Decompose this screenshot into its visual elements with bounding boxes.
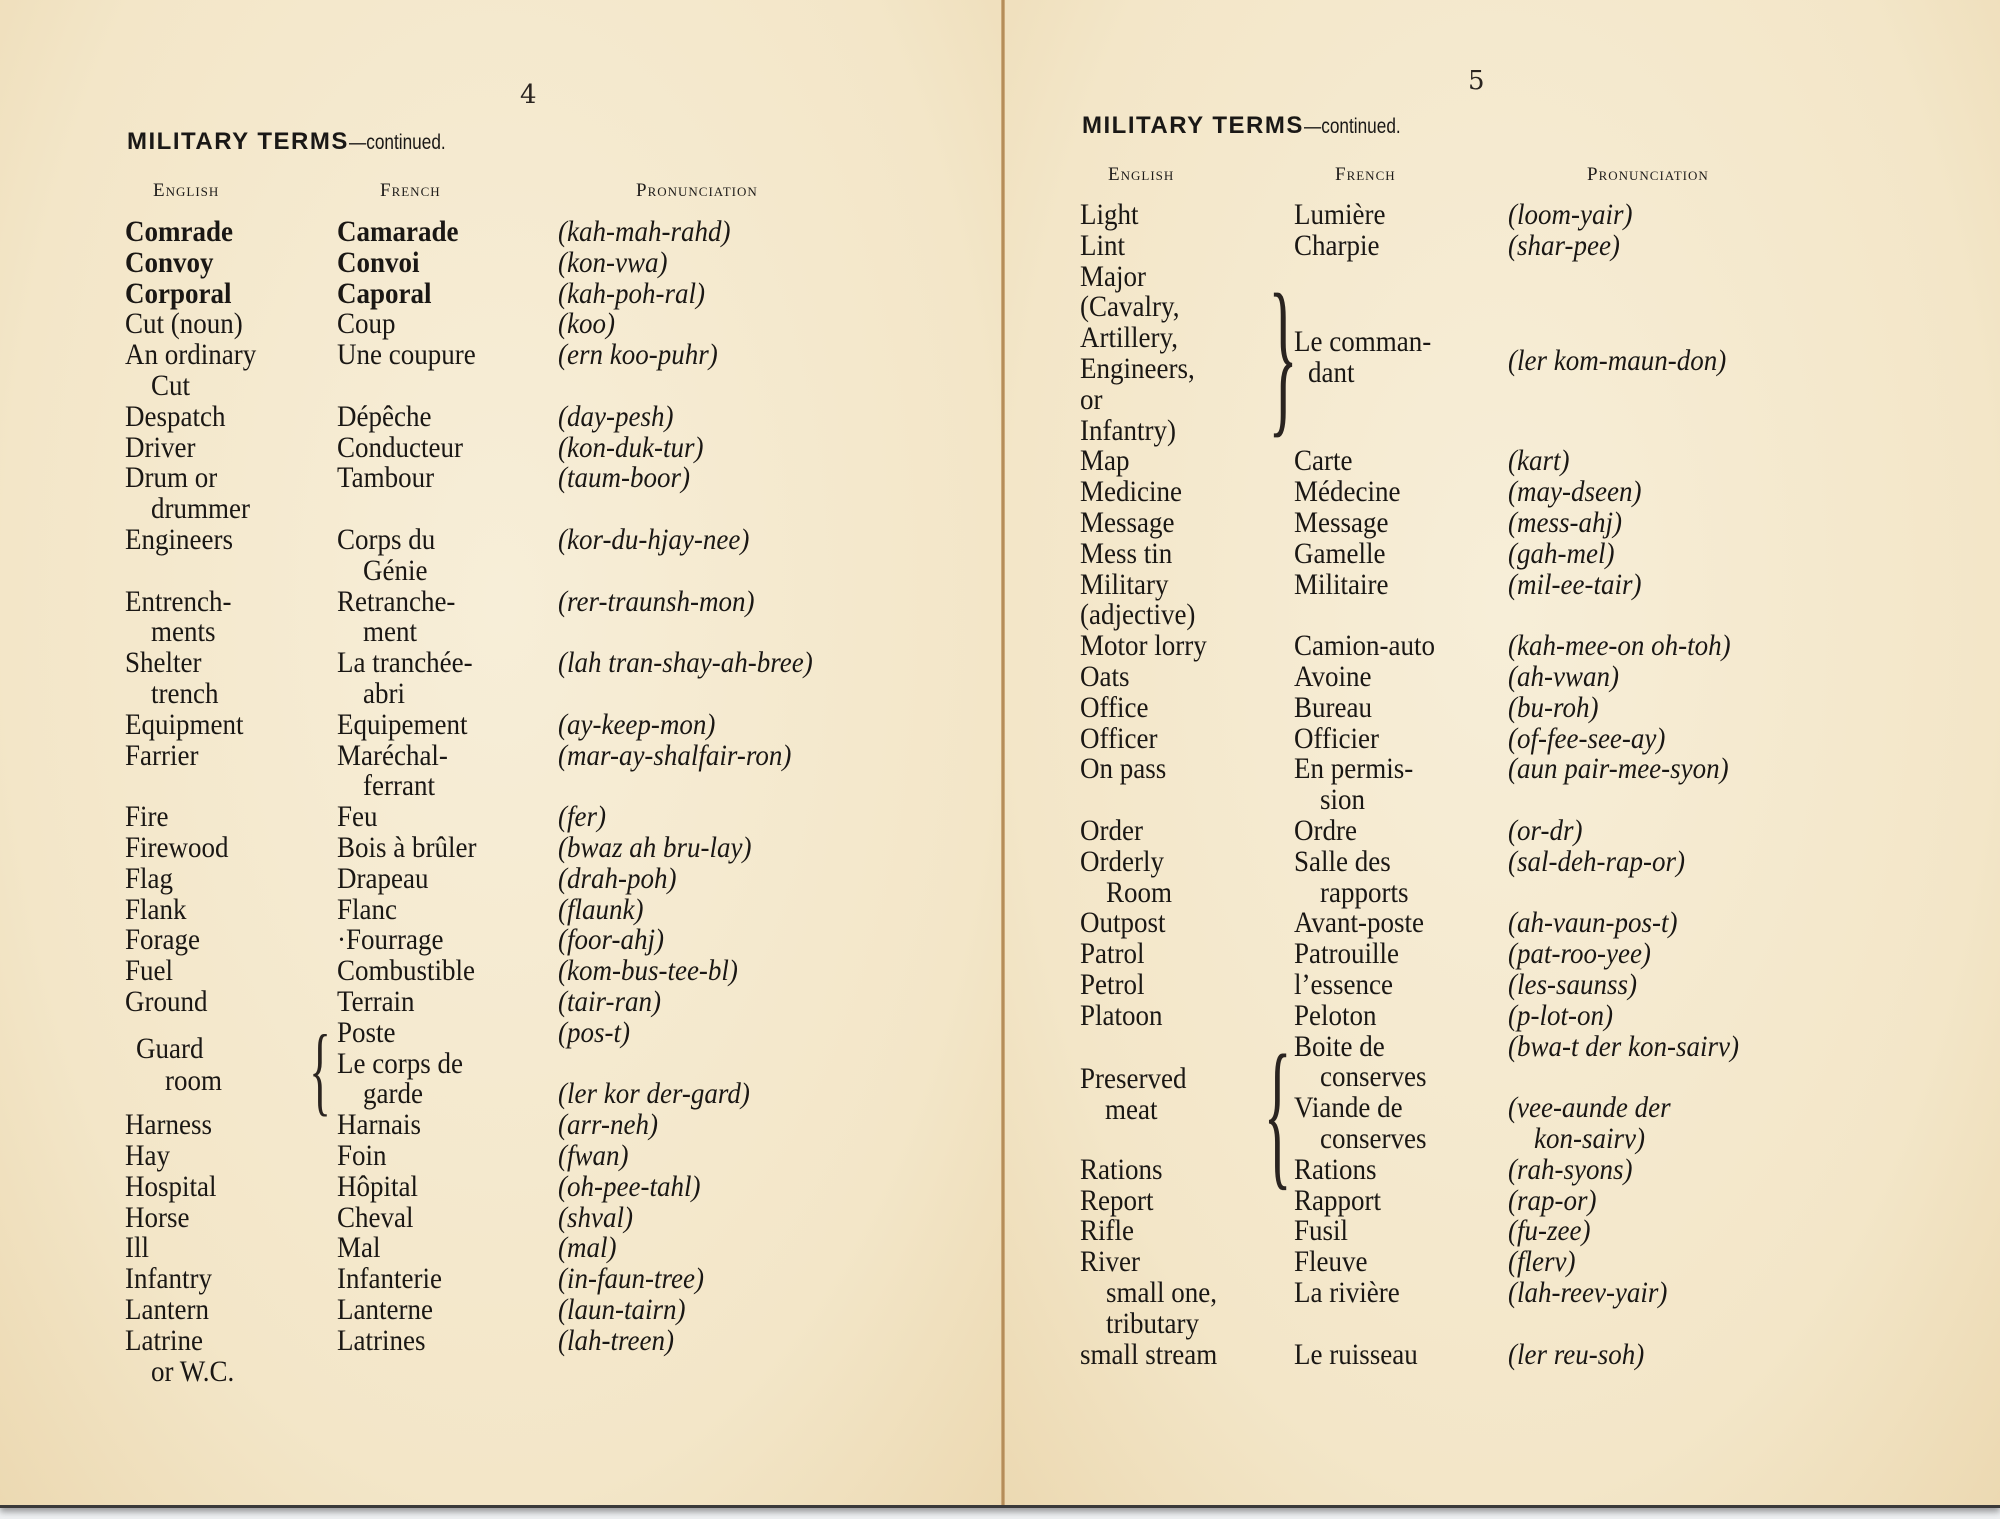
french-term: Dépêche bbox=[337, 402, 431, 432]
french-term: Gamelle bbox=[1294, 539, 1385, 569]
french-term: Camarade bbox=[337, 217, 458, 247]
french-term: Latrines bbox=[337, 1326, 425, 1356]
pronunciation: (rap-or) bbox=[1508, 1186, 1596, 1216]
english-term: Latrine bbox=[125, 1326, 203, 1356]
pronunciation: (may-dseen) bbox=[1508, 477, 1641, 507]
section-title: MILITARY TERMS—continued. bbox=[1082, 112, 1422, 140]
english-term: Hay bbox=[125, 1141, 170, 1171]
english-term: small one, bbox=[1106, 1278, 1217, 1308]
pronunciation: (bwaz ah bru-lay) bbox=[558, 833, 751, 863]
open-book: 4 MILITARY TERMS—continued. English Fren… bbox=[0, 0, 2000, 1508]
english-term: Hospital bbox=[125, 1172, 217, 1202]
pronunciation: (les-saunss) bbox=[1508, 970, 1637, 1000]
french-term: La rivière bbox=[1294, 1278, 1400, 1308]
english-term: small stream bbox=[1080, 1340, 1217, 1370]
english-term: Orderly bbox=[1080, 847, 1164, 877]
french-term: Salle des bbox=[1294, 847, 1391, 877]
pronunciation: (pos-t) bbox=[558, 1018, 630, 1048]
french-term: Le ruisseau bbox=[1294, 1340, 1418, 1370]
french-term: Corps du bbox=[337, 525, 435, 555]
english-term: Mess tin bbox=[1080, 539, 1172, 569]
french-term: Convoi bbox=[337, 248, 420, 278]
french-term: La tranchée- bbox=[337, 648, 473, 678]
english-term: Medicine bbox=[1080, 477, 1182, 507]
column-header-french: French bbox=[1335, 164, 1396, 186]
french-term: Peloton bbox=[1294, 1001, 1377, 1031]
section-title-main: MILITARY TERMS bbox=[127, 128, 349, 155]
pronunciation: (ern koo-puhr) bbox=[558, 340, 718, 370]
english-term: or bbox=[1080, 385, 1103, 415]
pronunciation: (in-faun-tree) bbox=[558, 1264, 704, 1294]
french-term: ferrant bbox=[363, 771, 435, 801]
english-term: Flag bbox=[125, 864, 173, 894]
pronunciation: (ah-vwan) bbox=[1508, 662, 1619, 692]
french-term: Le comman- bbox=[1294, 327, 1431, 357]
pronunciation: (kah-mah-rahd) bbox=[558, 217, 730, 247]
english-term: Engineers, bbox=[1080, 354, 1195, 384]
section-title-suffix: —continued. bbox=[1304, 115, 1401, 139]
pronunciation: (mil-ee-tair) bbox=[1508, 570, 1641, 600]
pronunciation: (rah-syons) bbox=[1508, 1155, 1632, 1185]
french-term: Officier bbox=[1294, 724, 1379, 754]
pronunciation: (ler reu-soh) bbox=[1508, 1340, 1644, 1370]
pronunciation: (day-pesh) bbox=[558, 402, 673, 432]
english-term: Infantry bbox=[125, 1264, 212, 1294]
french-term: Caporal bbox=[337, 279, 432, 309]
french-term: Bois à brûler bbox=[337, 833, 476, 863]
english-term: Outpost bbox=[1080, 908, 1166, 938]
pronunciation: (tair-ran) bbox=[558, 987, 661, 1017]
french-term: ·Fourrage bbox=[337, 925, 443, 955]
english-term: tributary bbox=[1106, 1309, 1199, 1339]
french-term: abri bbox=[363, 679, 405, 709]
french-term: Rations bbox=[1294, 1155, 1377, 1185]
english-term: On pass bbox=[1080, 754, 1166, 784]
english-term: Room bbox=[1106, 878, 1172, 908]
pronunciation: (flerv) bbox=[1508, 1247, 1575, 1277]
column-header-french: French bbox=[380, 180, 441, 202]
pronunciation: (shval) bbox=[558, 1203, 633, 1233]
french-term: Flanc bbox=[337, 895, 397, 925]
french-term: l’essence bbox=[1294, 970, 1393, 1000]
section-title: MILITARY TERMS—continued. bbox=[127, 128, 467, 156]
english-term: Ill bbox=[125, 1233, 149, 1263]
english-term: Cut bbox=[151, 371, 190, 401]
pronunciation: (ler kom-maun-don) bbox=[1508, 346, 1726, 376]
french-term: garde bbox=[363, 1079, 423, 1109]
french-term: Bureau bbox=[1294, 693, 1372, 723]
english-term: or W.C. bbox=[151, 1357, 234, 1387]
english-term: Rations bbox=[1080, 1155, 1163, 1185]
pronunciation: (foor-ahj) bbox=[558, 925, 664, 955]
english-term: Drum or bbox=[125, 463, 217, 493]
pronunciation: (rer-traunsh-mon) bbox=[558, 587, 754, 617]
english-term: Major bbox=[1080, 262, 1146, 292]
pronunciation: (fu-zee) bbox=[1508, 1216, 1590, 1246]
english-term: (adjective) bbox=[1080, 600, 1195, 630]
french-term: Message bbox=[1294, 508, 1388, 538]
english-term: Patrol bbox=[1080, 939, 1145, 969]
pronunciation: (lah-reev-yair) bbox=[1508, 1278, 1667, 1308]
english-term: Flank bbox=[125, 895, 187, 925]
french-term: Tambour bbox=[337, 463, 434, 493]
french-term: Infanterie bbox=[337, 1264, 442, 1294]
french-term: Feu bbox=[337, 802, 378, 832]
english-term: room bbox=[165, 1066, 222, 1096]
pronunciation: (mal) bbox=[558, 1233, 616, 1263]
english-term: Harness bbox=[125, 1110, 212, 1140]
french-term: Avant-poste bbox=[1294, 908, 1424, 938]
english-term: (Cavalry, bbox=[1080, 292, 1179, 322]
french-term: Fleuve bbox=[1294, 1247, 1367, 1277]
column-header-pronunciation: Pronunciation bbox=[1587, 164, 1709, 186]
english-term: Officer bbox=[1080, 724, 1157, 754]
english-term: Fire bbox=[125, 802, 168, 832]
french-term: Mal bbox=[337, 1233, 380, 1263]
page-number: 4 bbox=[520, 80, 537, 110]
french-term: Retranche- bbox=[337, 587, 455, 617]
english-term: Forage bbox=[125, 925, 200, 955]
english-term: Guard bbox=[136, 1034, 203, 1064]
french-term: Hôpital bbox=[337, 1172, 418, 1202]
french-term: Combustible bbox=[337, 956, 475, 986]
french-term: Fusil bbox=[1294, 1216, 1348, 1246]
pronunciation: (bu-roh) bbox=[1508, 693, 1598, 723]
english-term: Shelter bbox=[125, 648, 201, 678]
french-term: Drapeau bbox=[337, 864, 428, 894]
pronunciation: (lah-treen) bbox=[558, 1326, 674, 1356]
english-term: Light bbox=[1080, 200, 1139, 230]
french-term: Lanterne bbox=[337, 1295, 433, 1325]
french-term: Charpie bbox=[1294, 231, 1379, 261]
english-term: Report bbox=[1080, 1186, 1153, 1216]
english-term: River bbox=[1080, 1247, 1140, 1277]
english-term: ments bbox=[151, 617, 216, 647]
french-term: Militaire bbox=[1294, 570, 1388, 600]
english-term: Corporal bbox=[125, 279, 231, 309]
french-term: Viande de bbox=[1294, 1093, 1403, 1123]
pronunciation: (shar-pee) bbox=[1508, 231, 1620, 261]
english-term: Comrade bbox=[125, 217, 233, 247]
page-number: 5 bbox=[1468, 66, 1485, 96]
french-term: Médecine bbox=[1294, 477, 1400, 507]
pronunciation: kon-sairv) bbox=[1534, 1124, 1645, 1154]
pronunciation: (mar-ay-shalfair-ron) bbox=[558, 741, 791, 771]
english-term: trench bbox=[151, 679, 218, 709]
english-term: Farrier bbox=[125, 741, 198, 771]
pronunciation: (of-fee-see-ay) bbox=[1508, 724, 1665, 754]
english-term: Preserved bbox=[1080, 1064, 1186, 1094]
pronunciation: (kom-bus-tee-bl) bbox=[558, 956, 738, 986]
english-term: Message bbox=[1080, 508, 1174, 538]
english-term: Convoy bbox=[125, 248, 214, 278]
french-term: Génie bbox=[363, 556, 427, 586]
column-header-pronunciation: Pronunciation bbox=[636, 180, 758, 202]
pronunciation: (fer) bbox=[558, 802, 606, 832]
english-term: Entrench- bbox=[125, 587, 231, 617]
pronunciation: (drah-poh) bbox=[558, 864, 676, 894]
french-term: Terrain bbox=[337, 987, 415, 1017]
pronunciation: (ah-vaun-pos-t) bbox=[1508, 908, 1677, 938]
english-term: Lint bbox=[1080, 231, 1125, 261]
pronunciation: (kon-duk-tur) bbox=[558, 433, 703, 463]
pronunciation: (taum-boor) bbox=[558, 463, 690, 493]
french-term: Lumière bbox=[1294, 200, 1385, 230]
pronunciation: (or-dr) bbox=[1508, 816, 1582, 846]
english-term: Lantern bbox=[125, 1295, 209, 1325]
pronunciation: (ler kor der-gard) bbox=[558, 1079, 750, 1109]
french-term: Coup bbox=[337, 309, 396, 339]
french-term: Boite de bbox=[1294, 1032, 1385, 1062]
english-term: Driver bbox=[125, 433, 195, 463]
pronunciation: (laun-tairn) bbox=[558, 1295, 685, 1325]
english-term: Motor lorry bbox=[1080, 631, 1207, 661]
english-term: Engineers bbox=[125, 525, 233, 555]
pronunciation: (pat-roo-yee) bbox=[1508, 939, 1651, 969]
english-term: drummer bbox=[151, 494, 250, 524]
english-term: Order bbox=[1080, 816, 1143, 846]
french-term: Foin bbox=[337, 1141, 387, 1171]
pronunciation: (kon-vwa) bbox=[558, 248, 667, 278]
english-term: Office bbox=[1080, 693, 1148, 723]
english-term: Military bbox=[1080, 570, 1168, 600]
french-term: Maréchal- bbox=[337, 741, 448, 771]
french-term: En permis- bbox=[1294, 754, 1413, 784]
english-term: Ground bbox=[125, 987, 207, 1017]
left-brace-icon: { bbox=[309, 1020, 331, 1120]
column-header-english: English bbox=[1108, 164, 1174, 186]
english-term: Map bbox=[1080, 446, 1130, 476]
pronunciation: (mess-ahj) bbox=[1508, 508, 1622, 538]
french-term: Le corps de bbox=[337, 1049, 463, 1079]
french-term: Equipement bbox=[337, 710, 467, 740]
pronunciation: (ay-keep-mon) bbox=[558, 710, 715, 740]
column-header-english: English bbox=[153, 180, 219, 202]
english-term: Equipment bbox=[125, 710, 243, 740]
french-term: Ordre bbox=[1294, 816, 1357, 846]
french-term: Rapport bbox=[1294, 1186, 1381, 1216]
french-term: Avoine bbox=[1294, 662, 1371, 692]
english-term: meat bbox=[1105, 1095, 1157, 1125]
english-term: Fuel bbox=[125, 956, 173, 986]
pronunciation: (vee-aunde der bbox=[1508, 1093, 1671, 1123]
french-term: Une coupure bbox=[337, 340, 476, 370]
pronunciation: (lah tran-shay-ah-bree) bbox=[558, 648, 813, 678]
pronunciation: (arr-neh) bbox=[558, 1110, 658, 1140]
pronunciation: (kart) bbox=[1508, 446, 1569, 476]
french-term: ment bbox=[363, 617, 417, 647]
english-term: Firewood bbox=[125, 833, 229, 863]
pronunciation: (fwan) bbox=[558, 1141, 628, 1171]
pronunciation: (loom-yair) bbox=[1508, 200, 1632, 230]
english-term: Oats bbox=[1080, 662, 1130, 692]
english-term: Rifle bbox=[1080, 1216, 1134, 1246]
french-term: Patrouille bbox=[1294, 939, 1399, 969]
pronunciation: (flaunk) bbox=[558, 895, 643, 925]
french-term: dant bbox=[1308, 358, 1354, 388]
french-term: Harnais bbox=[337, 1110, 421, 1140]
french-term: Cheval bbox=[337, 1203, 413, 1233]
english-term: Petrol bbox=[1080, 970, 1145, 1000]
left-brace-icon: { bbox=[1264, 1030, 1292, 1195]
english-term: Cut (noun) bbox=[125, 309, 243, 339]
french-term: rapports bbox=[1320, 878, 1408, 908]
english-term: Platoon bbox=[1080, 1001, 1163, 1031]
english-term: Horse bbox=[125, 1203, 189, 1233]
section-title-suffix: —continued. bbox=[349, 131, 446, 155]
pronunciation: (gah-mel) bbox=[1508, 539, 1614, 569]
pronunciation: (koo) bbox=[558, 309, 615, 339]
french-term: Camion-auto bbox=[1294, 631, 1435, 661]
english-term: Despatch bbox=[125, 402, 225, 432]
english-term: Infantry) bbox=[1080, 416, 1176, 446]
pronunciation: (oh-pee-tahl) bbox=[558, 1172, 700, 1202]
english-term: An ordinary bbox=[125, 340, 256, 370]
english-term: Artillery, bbox=[1080, 323, 1178, 353]
pronunciation: (sal-deh-rap-or) bbox=[1508, 847, 1685, 877]
page-left: 4 MILITARY TERMS—continued. English Fren… bbox=[0, 0, 1003, 1505]
french-term: conserves bbox=[1320, 1062, 1426, 1092]
pronunciation: (kah-poh-ral) bbox=[558, 279, 705, 309]
french-term: Poste bbox=[337, 1018, 396, 1048]
french-term: Carte bbox=[1294, 446, 1352, 476]
page-right: 5 MILITARY TERMS—continued. English Fren… bbox=[1005, 0, 2000, 1505]
french-term: sion bbox=[1320, 785, 1365, 815]
french-term: Conducteur bbox=[337, 433, 463, 463]
pronunciation: (p-lot-on) bbox=[1508, 1001, 1613, 1031]
section-title-main: MILITARY TERMS bbox=[1082, 112, 1304, 139]
pronunciation: (aun pair-mee-syon) bbox=[1508, 754, 1729, 784]
pronunciation: (bwa-t der kon-sairv) bbox=[1508, 1032, 1739, 1062]
pronunciation: (kah-mee-on oh-toh) bbox=[1508, 631, 1731, 661]
pronunciation: (kor-du-hjay-nee) bbox=[558, 525, 749, 555]
french-term: conserves bbox=[1320, 1124, 1426, 1154]
